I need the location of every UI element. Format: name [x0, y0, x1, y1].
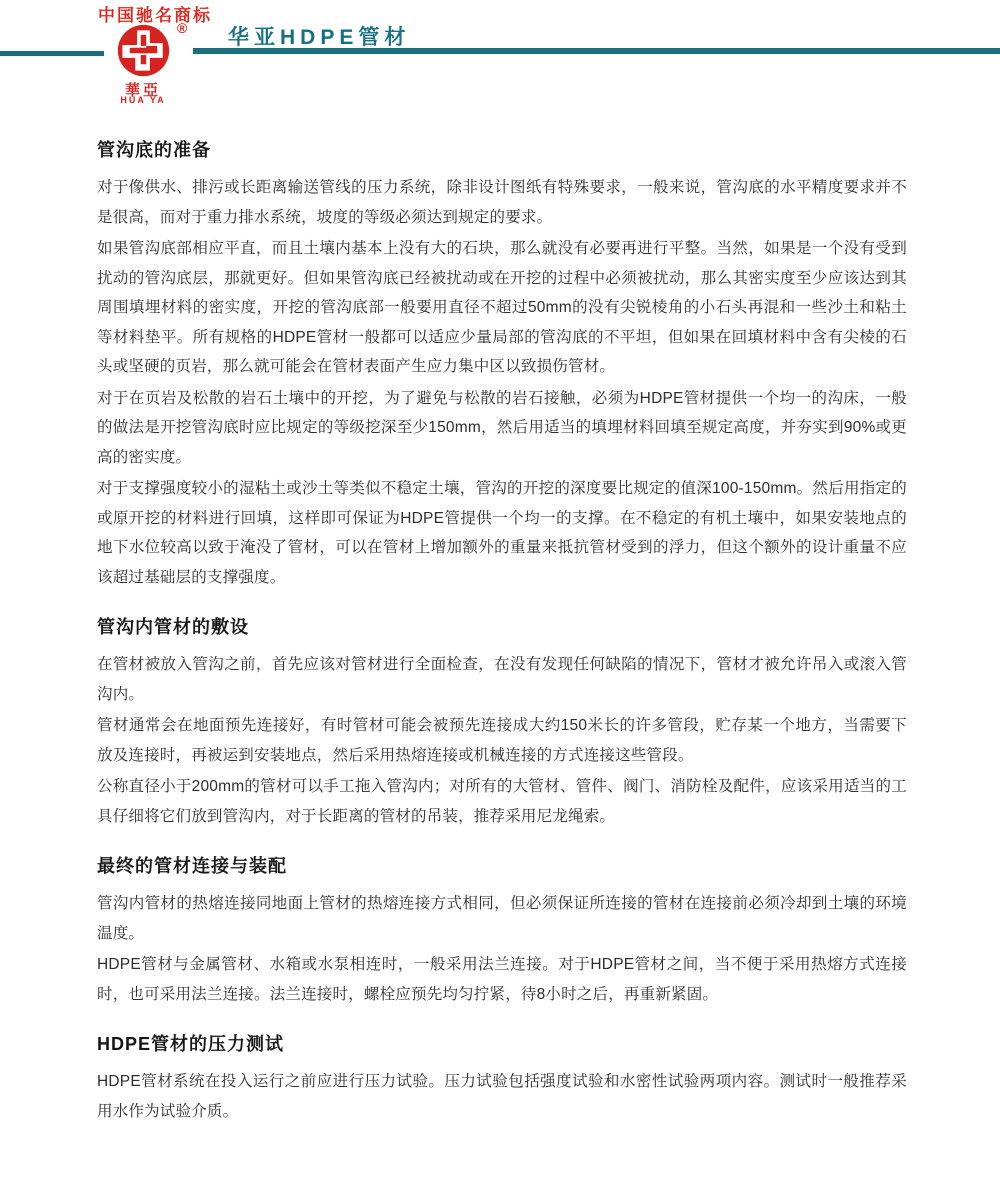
paragraph: 管沟内管材的热熔连接同地面上管材的热熔连接方式相同，但必须保证所连接的管材在连接…	[97, 889, 907, 948]
paragraph: 对于支撑强度较小的湿粘土或沙土等类似不稳定土壤，管沟的开挖的深度要比规定的值深1…	[97, 474, 907, 592]
logo-english-name: HUA YA	[108, 95, 178, 105]
paragraph: 公称直径小于200mm的管材可以手工拖入管沟内；对所有的大管材、管件、阀门、消防…	[97, 772, 907, 831]
header-rule-left	[0, 51, 104, 56]
paragraph: HDPE管材系统在投入运行之前应进行压力试验。压力试验包括强度试验和水密性试验两…	[97, 1067, 907, 1126]
document-page: 中国驰名商标 ® 華亞 HUA YA 华亚HDPE管材 管沟底的准备 对于像供水…	[0, 0, 1000, 1194]
paragraph: 如果管沟底部相应平直，而且土壤内基本上没有大的石块，那么就没有必要再进行平整。当…	[97, 234, 907, 382]
registered-trademark-icon: ®	[177, 20, 187, 36]
paragraph: 对于像供水、排污或长距离输送管线的压力系统，除非设计图纸有特殊要求，一般来说，管…	[97, 173, 907, 232]
section-heading: 管沟底的准备	[97, 136, 907, 162]
section-heading: HDPE管材的压力测试	[97, 1030, 907, 1056]
huaya-logo-icon	[114, 23, 173, 78]
section-final-connection-assembly: 最终的管材连接与装配 管沟内管材的热熔连接同地面上管材的热熔连接方式相同，但必须…	[97, 852, 907, 1009]
document-body: 管沟底的准备 对于像供水、排污或长距离输送管线的压力系统，除非设计图纸有特殊要求…	[97, 136, 907, 1128]
section-heading: 最终的管材连接与装配	[97, 852, 907, 878]
section-pipe-laying-in-trench: 管沟内管材的敷设 在管材被放入管沟之前，首先应该对管材进行全面检查，在没有发现任…	[97, 613, 907, 831]
paragraph: 管材通常会在地面预先连接好，有时管材可能会被预先连接成大约150米长的许多管段，…	[97, 711, 907, 770]
section-trench-bottom-preparation: 管沟底的准备 对于像供水、排污或长距离输送管线的压力系统，除非设计图纸有特殊要求…	[97, 136, 907, 592]
section-pressure-testing: HDPE管材的压力测试 HDPE管材系统在投入运行之前应进行压力试验。压力试验包…	[97, 1030, 907, 1126]
paragraph: HDPE管材与金属管材、水箱或水泵相连时，一般采用法兰连接。对于HDPE管材之间…	[97, 950, 907, 1009]
section-heading: 管沟内管材的敷设	[97, 613, 907, 639]
page-title: 华亚HDPE管材	[228, 21, 410, 51]
paragraph: 在管材被放入管沟之前，首先应该对管材进行全面检查，在没有发现任何缺陷的情况下，管…	[97, 650, 907, 709]
paragraph: 对于在页岩及松散的岩石土壤中的开挖，为了避免与松散的岩石接触，必须为HDPE管材…	[97, 384, 907, 473]
